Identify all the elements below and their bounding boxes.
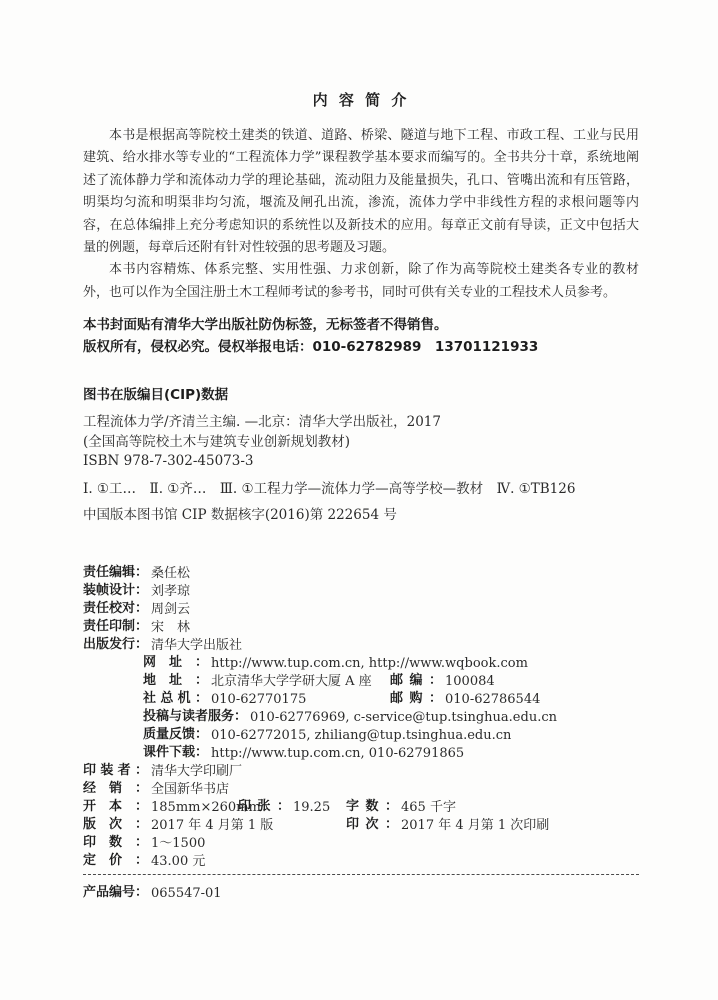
anti-piracy-line: 本书封面贴有清华大学出版社防伪标签，无标签者不得销售。 (83, 314, 639, 336)
colophon-label: 质量反馈： (143, 726, 208, 744)
intro-paragraph-1: 本书是根据高等院校土建类的铁道、道路、桥梁、隧道与地下工程、市政工程、工业与民用… (83, 125, 639, 259)
postcode-column: 邮编：100084 (390, 672, 495, 691)
row-address: 地址：北京清华大学学研大厦 A 座 邮编：100084 (83, 672, 639, 690)
row-switchboard: 社总机：010-62770175 邮购：010-62786544 (83, 690, 639, 708)
cip-title-line: 工程流体力学/齐清兰主编. —北京：清华大学出版社，2017 (83, 413, 639, 433)
switchboard-phone: 010-62770175 (211, 692, 306, 707)
row-edition: 版次：2017 年 4 月第 1 版 印次：2017 年 4 月第 1 次印刷 (83, 816, 639, 834)
colophon-label: 责任编辑： (83, 564, 148, 582)
colophon-label: 版次： (83, 816, 148, 834)
courseware-download-contact: http://www.tup.com.cn, 010-62791865 (211, 746, 464, 761)
colophon-label: 装帧设计： (83, 582, 148, 600)
product-code-label: 产品编号： (83, 884, 148, 902)
colophon-label: 印张： (238, 798, 290, 816)
colophon-value: 桑任松 (151, 566, 190, 581)
colophon-label: 邮购： (390, 690, 442, 708)
book-copyright-page: 内 容 简 介 本书是根据高等院校土建类的铁道、道路、桥梁、隧道与地下工程、市政… (0, 0, 718, 1000)
sheets-value: 19.25 (293, 800, 330, 815)
product-code-value: 065547-01 (151, 886, 222, 901)
reader-service-contact: 010-62776969, c-service@tup.tsinghua.edu… (250, 710, 557, 725)
row-price: 定价：43.00 元 (83, 852, 639, 870)
colophon-label: 字数： (346, 798, 398, 816)
edition-value: 2017 年 4 月第 1 版 (151, 818, 273, 833)
cip-heading: 图书在版编目(CIP)数据 (83, 387, 639, 404)
row-quality-feedback: 质量反馈：010-62772015, zhiliang@tup.tsinghua… (83, 726, 639, 744)
colophon-label: 邮编： (390, 672, 442, 690)
mail-order-phone: 010-62786544 (445, 692, 540, 707)
row-distributor: 经销：全国新华书店 (83, 780, 639, 798)
colophon-label: 印装者： (83, 762, 148, 780)
row-format: 开本：185mm×260mm 印张：19.25 字数：465 千字 (83, 798, 639, 816)
colophon-label: 责任校对： (83, 600, 148, 618)
print-run-value: 1～1500 (151, 836, 205, 851)
colophon-label: 出版发行： (83, 636, 148, 654)
cip-block: 图书在版编目(CIP)数据 工程流体力学/齐清兰主编. —北京：清华大学出版社，… (83, 387, 639, 526)
publisher-url: http://www.tup.com.cn, http://www.wqbook… (211, 656, 528, 671)
row-proofreader: 责任校对：周剑云 (83, 600, 639, 618)
colophon-label: 社总机： (143, 690, 208, 708)
row-designer: 装帧设计：刘孝琼 (83, 582, 639, 600)
row-publisher: 出版发行：清华大学出版社 (83, 636, 639, 654)
colophon-label: 印次： (346, 816, 398, 834)
piracy-hotline-line: 版权所有，侵权必究。侵权举报电话：010-62782989 1370112193… (83, 336, 639, 358)
row-print-run: 印数：1～1500 (83, 834, 639, 852)
colophon-label: 网址： (143, 654, 208, 672)
row-print-supervisor: 责任印制：宋 林 (83, 618, 639, 636)
cip-body: 工程流体力学/齐清兰主编. —北京：清华大学出版社，2017 (全国高等院校土木… (83, 413, 639, 472)
page-content: 内 容 简 介 本书是根据高等院校土建类的铁道、道路、桥梁、隧道与地下工程、市政… (83, 0, 639, 902)
row-website: 网址：http://www.tup.com.cn, http://www.wqb… (83, 654, 639, 672)
anti-piracy-notice: 本书封面贴有清华大学出版社防伪标签，无标签者不得销售。 版权所有，侵权必究。侵权… (83, 314, 639, 358)
colophon-label: 开本： (83, 798, 148, 816)
colophon-label: 责任印制： (83, 618, 148, 636)
row-printer: 印装者：清华大学印刷厂 (83, 762, 639, 780)
word-count-column: 字数：465 千字 (346, 798, 456, 817)
word-count-value: 465 千字 (401, 800, 456, 815)
colophon-label: 投稿与读者服务： (143, 708, 247, 726)
impression-value: 2017 年 4 月第 1 次印刷 (401, 818, 549, 833)
colophon-value: 全国新华书店 (151, 782, 229, 797)
mail-order-column: 邮购：010-62786544 (390, 690, 540, 709)
dashed-divider (83, 874, 639, 875)
colophon-value: 清华大学印刷厂 (151, 764, 242, 779)
colophon-label: 地址： (143, 672, 208, 690)
colophon: 责任编辑：桑任松 装帧设计：刘孝琼 责任校对：周剑云 责任印制：宋 林 出版发行… (83, 564, 639, 870)
impression-column: 印次：2017 年 4 月第 1 次印刷 (346, 816, 549, 835)
colophon-value: 周剑云 (151, 602, 190, 617)
colophon-label: 定价： (83, 852, 148, 870)
colophon-label: 经销： (83, 780, 148, 798)
cip-series-line: (全国高等院校土木与建筑专业创新规划教材) (83, 433, 639, 453)
content-summary-heading: 内 容 简 介 (83, 92, 639, 109)
row-editor: 责任编辑：桑任松 (83, 564, 639, 582)
colophon-value: 刘孝琼 (151, 584, 190, 599)
row-reader-service: 投稿与读者服务：010-62776969, c-service@tup.tsin… (83, 708, 639, 726)
cip-isbn: ISBN 978-7-302-45073-3 (83, 452, 639, 472)
colophon-label: 印数： (83, 834, 148, 852)
intro-paragraph-2: 本书内容精炼、体系完整、实用性强、力求创新，除了作为高等院校土建类各专业的教材外… (83, 259, 639, 304)
cip-classification: Ⅰ. ①工… Ⅱ. ①齐… Ⅲ. ①工程力学—流体力学—高等学校—教材 Ⅳ. ①… (83, 480, 639, 500)
price-value: 43.00 元 (151, 854, 205, 869)
colophon-label: 课件下载： (143, 744, 208, 762)
publisher-address: 北京清华大学学研大厦 A 座 (211, 674, 372, 689)
cip-record-number: 中国版本图书馆 CIP 数据核字(2016)第 222654 号 (83, 506, 639, 526)
sheets-column: 印张：19.25 (238, 798, 330, 817)
row-courseware-download: 课件下载：http://www.tup.com.cn, 010-62791865 (83, 744, 639, 762)
colophon-value: 宋 林 (151, 620, 190, 635)
colophon-value: 清华大学出版社 (151, 638, 242, 653)
postcode-value: 100084 (445, 674, 495, 689)
quality-feedback-contact: 010-62772015, zhiliang@tup.tsinghua.edu.… (211, 728, 511, 743)
row-product-code: 产品编号：065547-01 (83, 884, 639, 902)
